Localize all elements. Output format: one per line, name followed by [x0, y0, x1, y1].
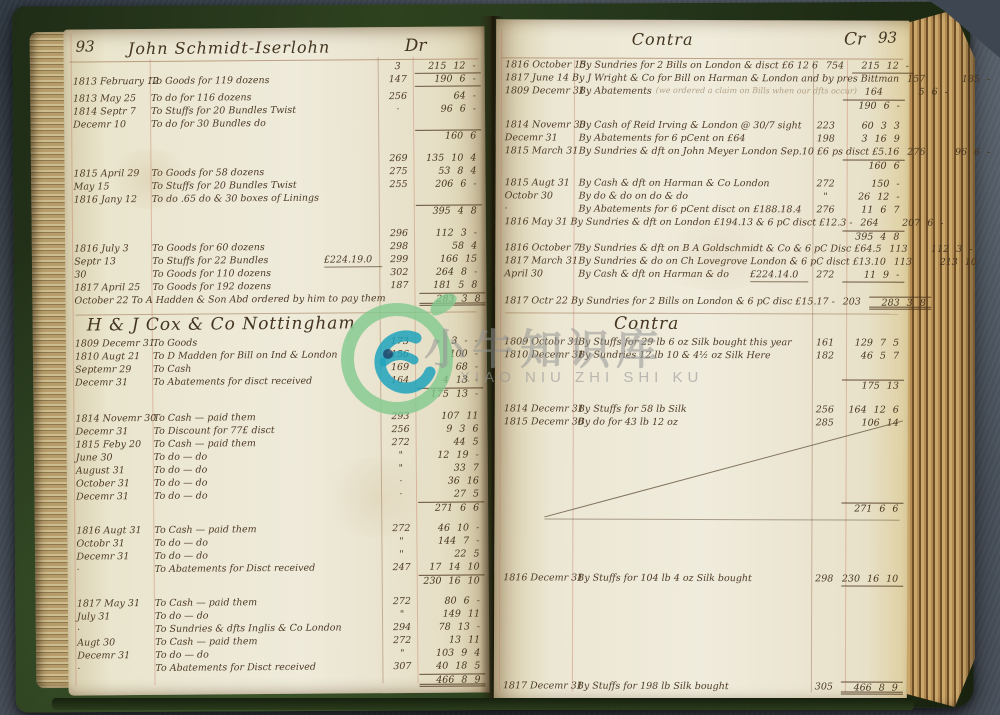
folio-cell: 293 [383, 411, 417, 424]
description-cell [576, 99, 809, 113]
amount-cell: 283 3 8 [420, 292, 486, 306]
folio-cell [385, 575, 419, 588]
date-cell: 1815 March 31 [500, 145, 576, 158]
account-title: John Schmidt-Iserlohn [63, 37, 394, 59]
date-cell: 1810 Augt 21 [70, 351, 150, 365]
date-cell: 1813 May 25 [68, 93, 148, 107]
total-row: 175 13 [499, 378, 904, 392]
page-edges-right [903, 10, 975, 707]
description-cell: By Abatements for 6 pCent disct on £188.… [576, 204, 809, 218]
amount-cell: 144 7 - [418, 535, 484, 549]
folio-cell [808, 379, 842, 392]
folio-cell: " [385, 648, 419, 661]
folio-cell [809, 99, 843, 112]
description-cell [152, 575, 385, 590]
folio-cell: 164 [857, 87, 891, 100]
folio-cell: 255 [382, 179, 416, 192]
photo-background: 93 John Schmidt-Iserlohn Dr 3215 12 -181… [0, 0, 1000, 715]
date-cell: 1817 Decemr 31 [498, 680, 574, 693]
row-gap [498, 514, 903, 573]
folio-cell: · [384, 489, 418, 502]
folio-cell: 113 [881, 244, 915, 257]
folio-cell: 272 [385, 596, 419, 609]
amount-cell: 11 9 - [842, 269, 904, 282]
amount-cell: 271 6 6 [841, 502, 903, 515]
date-cell: Decemr 31 [70, 377, 150, 391]
amount-cell: 12 19 - [418, 449, 484, 463]
amount-cell: 107 11 [417, 410, 483, 424]
date-cell: 1814 Decemr 31 [499, 403, 575, 416]
account-section-header: Contra [505, 312, 898, 337]
right-page: Contra Cr 93 1816 October 15By Sundries … [494, 19, 909, 702]
date-cell: 1809 Octobr 31 [499, 336, 575, 349]
date-cell: 1815 Decemr 30 [499, 416, 575, 429]
folio-cell [382, 192, 416, 205]
date-cell: 1817 June 14 [500, 72, 569, 85]
date-cell [498, 501, 574, 514]
credit-label: Cr [844, 29, 865, 49]
folio-cell: 272 [809, 178, 843, 191]
description-cell [149, 205, 382, 220]
amount-cell: 100 - [417, 348, 483, 362]
folio-cell: 269 [381, 153, 415, 166]
page-number-right: 93 [878, 29, 897, 47]
amount-cell: 129 7 5 [842, 337, 904, 350]
date-cell: · [72, 564, 152, 578]
folio-cell [808, 230, 842, 243]
amount-cell: 181 5 8 [416, 279, 482, 293]
date-cell: 1817 Octr 22 [499, 295, 568, 308]
amount-cell: 215 12 - [852, 61, 914, 74]
description-cell: By Sundries & do on Ch Lovegrove London … [575, 256, 886, 270]
amount-cell: 213 10 [920, 257, 982, 270]
folio-cell: 276 [809, 204, 843, 217]
amount-cell: 466 8 9 [841, 681, 903, 694]
description-cell: By do for 43 lb 12 oz [575, 417, 808, 431]
description-cell: By Cash & dft on Harman & do£224.14.0 [575, 269, 808, 283]
folio-cell: 247 [385, 562, 419, 575]
debit-label: Dr [405, 36, 427, 56]
description-cell [576, 159, 809, 173]
date-cell: 30 [69, 269, 149, 283]
row-gap [499, 281, 904, 296]
description-cell: By Cash & dft on Harman & Co London [576, 178, 809, 192]
date-cell: 1816 May 31 [499, 216, 567, 229]
date-cell [72, 676, 152, 690]
folio-cell: 305 [807, 681, 841, 694]
description-cell: By Abatements(we ordered a claim on Bill… [576, 86, 857, 100]
date-cell: October 31 [71, 478, 151, 492]
date-cell [499, 378, 575, 391]
folio-cell: 156 [383, 349, 417, 362]
folio-cell: " [384, 450, 418, 463]
date-cell: Octobr 30 [500, 190, 576, 203]
folio-cell: " [809, 191, 843, 204]
left-page: 93 John Schmidt-Iserlohn Dr 3215 12 -181… [63, 26, 489, 695]
folio-cell: 198 [809, 133, 843, 146]
folio-cell: 294 [385, 622, 419, 635]
folio-cell: 298 [807, 573, 841, 586]
date-cell [68, 132, 148, 146]
amount-cell: 215 12 - [415, 60, 481, 74]
date-cell [500, 98, 576, 111]
folio-cell [386, 293, 420, 306]
folio-cell: " [384, 463, 418, 476]
description-cell [152, 674, 385, 689]
cover-bottom-edge [52, 698, 914, 710]
folio-cell [382, 205, 416, 218]
amount-cell: 11 6 7 [843, 204, 905, 217]
folio-cell [807, 502, 841, 515]
amount-cell: 22 5 [418, 548, 484, 562]
date-cell: 1814 Novemr 30 [500, 119, 576, 132]
description-cell: By Stuffs for 29 lb 6 oz Silk bought thi… [575, 337, 808, 351]
date-cell: 1815 Augt 31 [500, 177, 576, 190]
amount-cell: 103 9 4 [419, 647, 485, 661]
date-cell [499, 229, 575, 242]
amount-cell: 68 - [417, 361, 483, 375]
folio-cell: 182 [808, 350, 842, 363]
folio-cell: " [384, 536, 418, 549]
description-cell [148, 130, 381, 145]
date-cell: 1809 Decemr 31 [500, 85, 576, 98]
row-gap [499, 362, 904, 379]
description-cell: To Goods for 119 dozens [148, 74, 381, 89]
amount-cell: 64 - [415, 90, 481, 104]
date-cell: 1816 Decemr 31 [498, 572, 574, 585]
folio-cell: 264 [852, 218, 886, 231]
folio-cell: 272 [385, 635, 419, 648]
amount-cell: 44 5 [418, 436, 484, 450]
description-cell [150, 388, 383, 403]
amount-cell: 33 7 [418, 462, 484, 476]
amount-cell: 13 11 [419, 634, 485, 648]
date-cell: Decemr 31 [71, 426, 151, 440]
amount-cell: 175 13 - [417, 387, 483, 401]
folio-cell: 285 [808, 417, 842, 430]
folio-cell: 256 [381, 91, 415, 104]
date-cell: October 22 [69, 295, 128, 308]
amount-cell: 26 12 - [843, 191, 905, 204]
amount-cell: 112 3 - [915, 244, 977, 257]
date-cell: July 31 [72, 611, 152, 625]
amount-cell: 466 8 9 [419, 673, 485, 687]
date-cell: · [500, 203, 576, 216]
date-cell: May 15 [69, 181, 149, 195]
folio-cell [384, 502, 418, 515]
date-cell: 1816 Jany 12 [69, 194, 149, 208]
date-cell: Decemr 31 [71, 551, 151, 565]
amount-cell: 80 6 - [419, 595, 485, 609]
folio-cell: 299 [382, 254, 416, 267]
folio-cell: 276 [899, 147, 933, 160]
amount-cell: 3 16 9 [843, 133, 905, 146]
folio-cell: 275 [381, 166, 415, 179]
date-cell [69, 230, 149, 244]
amount-cell: 206 6 - [416, 178, 482, 192]
folio-cell: 272 [384, 437, 418, 450]
date-cell: June 30 [71, 452, 151, 466]
amount-cell: 96 6 - [933, 147, 995, 160]
description-cell: By Stuffs for 58 lb Silk [575, 404, 808, 418]
ledger-entries-right: 1816 October 15By Sundries for 2 Bills o… [498, 59, 905, 694]
amount-cell: 160 6 [843, 159, 905, 172]
ledger-row: 1817 Decemr 31By Stuffs for 198 lb Silk … [498, 680, 903, 694]
amount-cell [415, 116, 481, 130]
description-cell [575, 230, 808, 244]
folio-cell [383, 388, 417, 401]
date-cell [72, 577, 152, 591]
amount-cell: 112 3 - [416, 227, 482, 241]
ledger-row: 1817 Octr 22By Sundries for 2 Bills on L… [499, 295, 904, 309]
account-section-header: H & J Cox & Co Nottingham [76, 311, 477, 338]
description-cell: By Sundries for 2 Bills on London & 6 pC… [568, 296, 835, 310]
amount-cell: 60 3 3 [843, 120, 905, 133]
amount-cell: 9 3 6 [417, 423, 483, 437]
amount-cell: 207 6 - [886, 218, 948, 231]
date-cell: Octobr 31 [71, 538, 151, 552]
folio-cell: 169 [383, 362, 417, 375]
folio-cell [381, 130, 415, 143]
contra-title: Contra [536, 29, 789, 49]
date-cell [70, 390, 150, 404]
row-gap [498, 585, 903, 681]
folio-cell: 157 [899, 74, 933, 87]
description-cell: By Stuffs for 104 lb 4 oz Silk bought [574, 573, 807, 587]
date-cell: 1817 April 25 [69, 282, 149, 296]
date-cell [68, 63, 148, 77]
folio-cell: · [384, 476, 418, 489]
date-cell: Decemr 10 [68, 119, 148, 133]
date-cell: 1817 March 31 [499, 255, 575, 268]
description-cell: To A Hadden & Son Abd ordered by him to … [128, 293, 385, 308]
folio-cell [385, 674, 419, 687]
date-cell: Augt 30 [72, 637, 152, 651]
amount-cell: 164 12 6 [842, 404, 904, 417]
row-gap [499, 429, 904, 502]
amount-cell: 135 10 4 [415, 152, 481, 166]
date-cell: Septemr 29 [70, 364, 150, 378]
amount-cell: 36 16 [418, 475, 484, 489]
total-row: 160 6 [500, 158, 905, 172]
amount-cell: 17 14 10 [419, 561, 485, 575]
description-cell: By Sundries for 2 Bills on London & disc… [576, 60, 818, 74]
total-row: 466 8 9 [72, 673, 485, 689]
total-row: 271 6 6 [498, 501, 903, 515]
ledger-row: 1816 Decemr 31By Stuffs for 104 lb 4 oz … [498, 572, 903, 586]
total-row: 190 6 - [500, 98, 905, 112]
amount-cell: 395 4 8 [416, 204, 482, 218]
folio-cell: " [385, 609, 419, 622]
folio-cell: 272 [808, 269, 842, 282]
date-cell: Decemr 31 [500, 132, 576, 145]
folio-cell: 256 [808, 404, 842, 417]
folio-cell: 307 [385, 661, 419, 674]
date-cell: 1809 Decemr 31 [70, 338, 150, 352]
amount-cell: 264 8 - [416, 266, 482, 280]
amount-cell: 96 6 - [415, 103, 481, 117]
ledger-entries-left: 3215 12 -1813 February 12To Goods for 11… [68, 60, 486, 689]
folio-cell: 3 [381, 61, 415, 74]
folio-cell: · [381, 104, 415, 117]
description-cell: By Cash of Reid Irving & London @ 30/7 s… [576, 120, 809, 134]
description-cell [574, 502, 807, 516]
amount-cell: 4 13 - [417, 374, 483, 388]
amount-cell: 175 13 [842, 379, 904, 392]
amount-cell: 230 16 10 [419, 574, 485, 588]
description-cell: By Sundries & dft on London £194.13 & 6 … [568, 217, 853, 231]
date-cell [500, 158, 576, 171]
date-cell: 1815 Feby 20 [71, 439, 151, 453]
right-page-header: Contra Cr 93 [496, 23, 909, 54]
ledger-row: 1810 Decemr 31By Sundries 12 lb 10 & 4½ … [499, 349, 904, 363]
date-cell: 1816 October 7 [499, 242, 575, 255]
amount-cell: 5 6 - [891, 87, 953, 100]
date-cell: 1816 July 3 [69, 243, 149, 257]
date-cell: · [72, 624, 152, 638]
folio-cell [809, 159, 843, 172]
description-cell [151, 502, 384, 517]
date-cell: April 30 [499, 268, 575, 281]
margin-note: £224.19.0 [324, 254, 382, 267]
date-cell [71, 504, 151, 518]
folio-cell: 164 [383, 375, 417, 388]
folio-cell: 272 [384, 523, 418, 536]
date-cell: 1815 April 29 [68, 168, 148, 182]
date-cell: Decemr 31 [72, 650, 152, 664]
amount-cell: 27 5 [418, 488, 484, 502]
description-cell: By Stuffs for 198 lb Silk bought [574, 681, 807, 695]
description-cell: By do & do on do & do [576, 191, 809, 205]
ledger-row: April 30By Cash & dft on Harman & do£224… [499, 268, 904, 282]
amount-cell: 190 6 - [843, 99, 905, 112]
amount-cell: 283 3 8 [869, 297, 931, 310]
folio-cell: 203 [835, 296, 869, 309]
folio-cell: 302 [382, 267, 416, 280]
date-cell: August 31 [71, 465, 151, 479]
folio-cell: 256 [383, 424, 417, 437]
amount-cell: 53 8 4 [415, 165, 481, 179]
amount-cell [416, 191, 482, 205]
margin-note: £224.14.0 [750, 269, 808, 282]
folio-cell: " [384, 549, 418, 562]
amount-cell: 150 - [843, 178, 905, 191]
folio-cell: 147 [381, 74, 415, 87]
faint-note: (we ordered a claim on Bills when our df… [652, 86, 857, 100]
date-cell: 1810 Decemr 31 [499, 349, 575, 362]
folio-cell: 298 [382, 241, 416, 254]
folio-cell [381, 117, 415, 130]
folio-cell: 113 [886, 257, 920, 270]
amount-cell: 3 - - [417, 335, 483, 349]
amount-cell: 46 10 - [418, 522, 484, 536]
folio-cell: 223 [809, 120, 843, 133]
amount-cell: 166 15 [416, 253, 482, 267]
amount-cell: 160 6 [415, 129, 481, 143]
description-cell: By Sundries 12 lb 10 & 4½ oz Silk Here [575, 350, 808, 364]
date-cell: 1813 February 12 [68, 76, 148, 90]
description-cell: By Sundries & dft on John Meyer London S… [576, 146, 900, 160]
description-cell: By Sundries & dft on B A Goldschmidt & C… [575, 243, 881, 257]
ledger-row: 1815 Decemr 30By do for 43 lb 12 oz28510… [499, 416, 904, 430]
folio-cell: 173 [383, 336, 417, 349]
description-cell: By J Wright & Co for Bill on Harman & Lo… [569, 73, 899, 87]
amount-cell: 271 6 6 [418, 501, 484, 515]
date-cell: Decemr 31 [71, 491, 151, 505]
folio-cell: 296 [382, 228, 416, 241]
date-cell [69, 207, 149, 221]
description-cell [575, 379, 808, 393]
amount-cell: 185 - [933, 74, 995, 87]
date-cell: · [72, 663, 152, 677]
amount-cell: 40 18 5 [419, 660, 485, 674]
description-cell: By Abatements for 6 pCent on £64 [576, 133, 809, 147]
amount-cell: 190 6 - [415, 73, 481, 87]
amount-cell: 149 11 [419, 608, 485, 622]
amount-cell: 395 4 8 [842, 230, 904, 243]
date-cell [68, 155, 148, 169]
date-cell: 1816 October 15 [500, 59, 576, 72]
amount-cell: 58 4 [416, 240, 482, 254]
date-cell: 1816 Augt 31 [71, 525, 151, 539]
amount-cell: 46 5 7 [842, 350, 904, 363]
folio-cell: 161 [808, 337, 842, 350]
folio-cell: 187 [382, 280, 416, 293]
date-cell: 1814 Septr 7 [68, 106, 148, 120]
date-cell: 1814 Novemr 30 [70, 413, 150, 427]
folio-cell: 754 [818, 60, 852, 73]
date-cell: Septr 13 [69, 256, 149, 270]
amount-cell: 78 13 - [419, 621, 485, 635]
amount-cell: 230 16 10 [841, 573, 903, 586]
date-cell: 1817 May 31 [72, 598, 152, 612]
